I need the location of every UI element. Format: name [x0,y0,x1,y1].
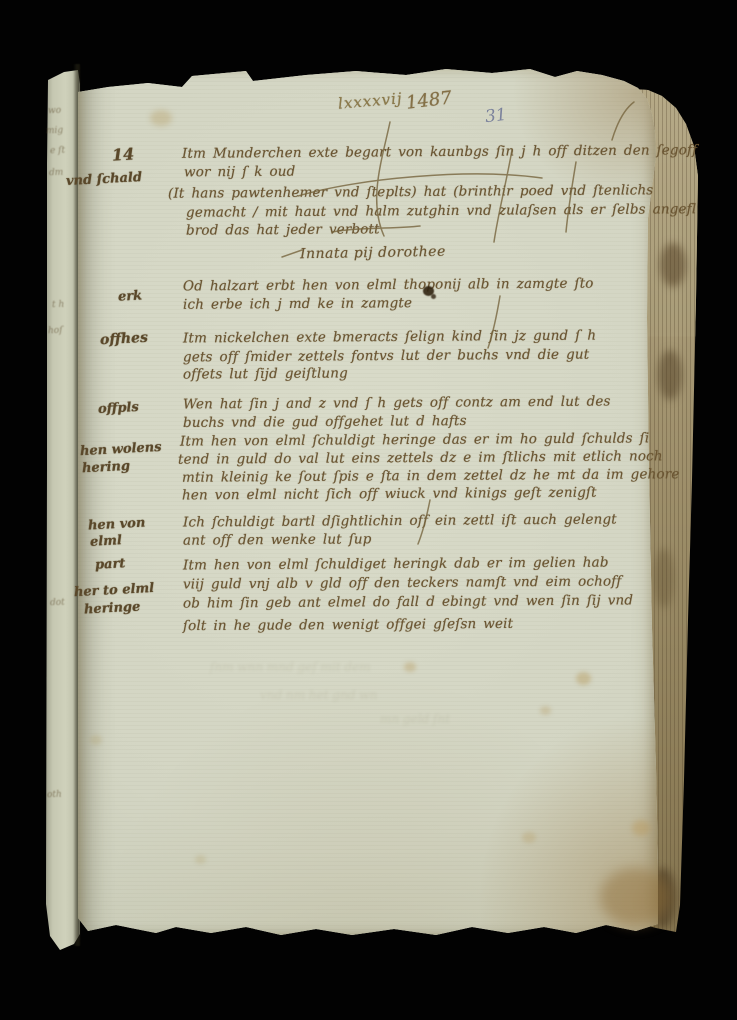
manuscript-line: Od halzart erbt hen von elml thoponij al… [183,276,594,295]
manuscript-line: offets lut ſijd geiſtlung [183,365,348,382]
manuscript-line: ob him ſin geb ant elmel do fall d ebing… [183,592,633,611]
verso-showthrough: ſnm wnn mnd geſ mit dem [210,660,371,674]
margin-label: elml [90,533,123,550]
verso-showthrough: mn geld ſnt [380,712,450,726]
manuscript-line: Itm hen von elml ſchuldiget heringk dab … [183,555,609,574]
manuscript-line: ich erbe ich j md ke in zamgte [183,295,412,313]
gutter-ink-fragment: oth [47,790,62,801]
section-heading: Innata pij dorothee [300,244,446,263]
manuscript-line: Wen hat ſin j and z vnd ſ h gets off con… [183,394,611,413]
gutter-ink-fragment: dot [50,598,65,609]
gutter-ink-fragment: t h [52,300,65,310]
margin-label: 14 [112,144,135,164]
manuscript-line: buchs vnd die gud offgehet lut d hafts [183,413,467,431]
manuscript-line: ſolt in he gude den wenigt offgei gſeſsn… [183,616,513,634]
manuscript-line: (It hans pawtenhemer vnd ſteplts) hat (b… [168,182,653,201]
gutter-ink-fragment: e ſt [50,146,65,157]
modern-page-number: 31 [484,105,508,127]
manuscript-line: Itm hen von elml ſchuldigt heringe das e… [180,430,649,449]
gutter-ink-fragment: mig [46,126,64,137]
fore-edge-stain [658,350,682,400]
margin-label: hen von [88,516,146,534]
manuscript-line: gets off ſmider zettels fontvs lut der b… [183,347,589,366]
manuscript-line: brod das hat jeder verbott [186,221,380,238]
manuscript-line: ant off den wenke lut ſup [183,531,372,548]
gutter-ink-fragment: dm [49,168,64,178]
margin-label: heringe [84,600,141,618]
margin-label: offhes [100,330,149,348]
manuscript-line: Ich ſchuldigt bartl dſightlichin off ein… [183,511,617,530]
manuscript-line: tend in guld do val lut eins zettels dz … [178,448,663,467]
fore-edge-stain [654,548,674,608]
manuscript-photo: wo mig e ſt dm t h hoſ dot oth lxxxxvij … [0,0,737,1020]
fore-edge-stain [660,243,686,287]
margin-label: erk [118,288,143,304]
manuscript-line: Itm nickelchen exte bmeracts ſelign kind… [183,328,596,347]
margin-label: hering [82,459,131,476]
manuscript-line: hen von elml nicht ſich off wiuck vnd ki… [182,485,597,504]
gutter-ink-fragment: wo [48,106,61,116]
gutter-ink-fragment: hoſ [48,326,63,337]
manuscript-line: viij guld vnj alb v gld off den teckers … [183,573,622,592]
manuscript-line: wor nij ſ k oud [184,164,295,181]
margin-label: part [95,556,126,573]
margin-label: offpls [98,400,140,417]
verso-showthrough: vnd nm het gnd wn [260,688,377,702]
